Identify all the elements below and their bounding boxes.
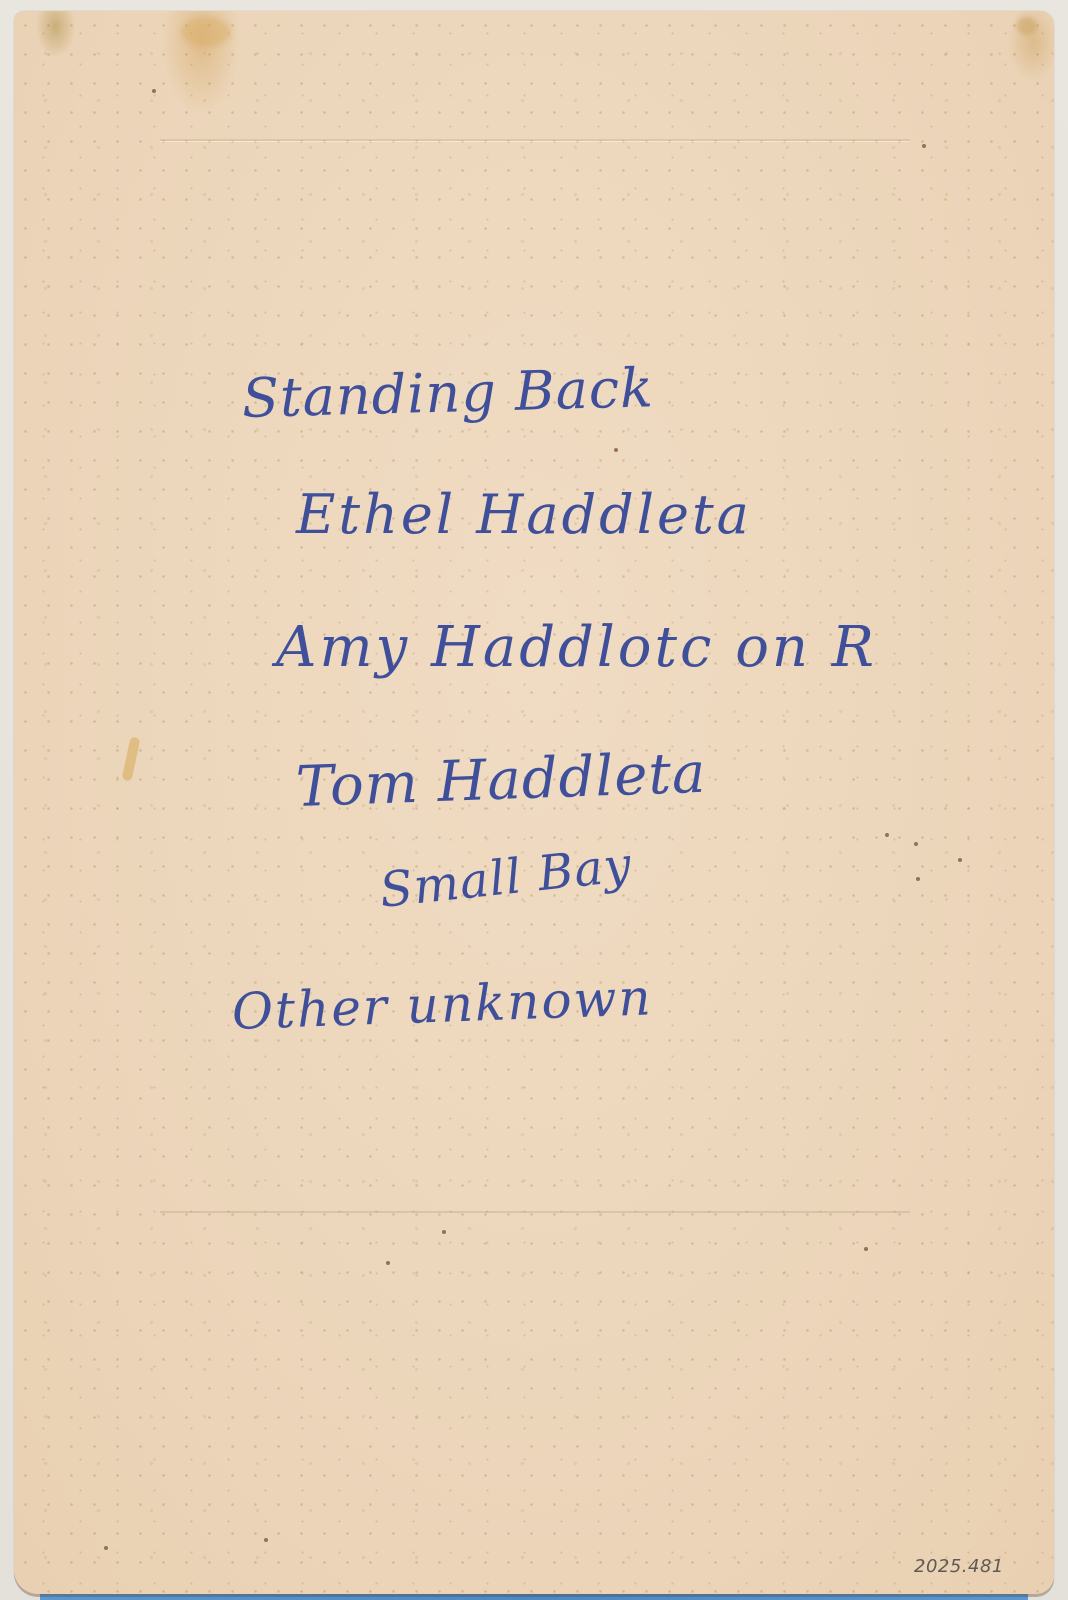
stain-mark bbox=[181, 17, 231, 47]
accession-number: 2025.481 bbox=[914, 1556, 1004, 1577]
foxing-spot bbox=[386, 1261, 390, 1265]
foxing-spot bbox=[958, 858, 962, 862]
annotation-line-ethel: Ethel Haddleta bbox=[296, 483, 752, 546]
photo-card-back: Standing Back Ethel Haddleta Amy Haddlot… bbox=[14, 11, 1054, 1594]
stain-mark bbox=[1017, 17, 1037, 35]
annotation-line-standing-back: Standing Back bbox=[241, 356, 654, 430]
foxing-spot bbox=[916, 877, 920, 881]
foxing-spot bbox=[152, 89, 156, 93]
annotation-line-amy: Amy Haddlotc on R bbox=[276, 615, 877, 680]
foxing-spot bbox=[885, 833, 889, 837]
foxing-spot bbox=[264, 1538, 268, 1542]
foxing-spot bbox=[922, 144, 926, 148]
stain-mark bbox=[122, 736, 141, 781]
foxing-spot bbox=[104, 1546, 108, 1550]
foxing-spot bbox=[614, 448, 618, 452]
foxing-spot bbox=[442, 1230, 446, 1234]
foxing-spot bbox=[914, 842, 918, 846]
foxing-spot bbox=[864, 1247, 868, 1251]
